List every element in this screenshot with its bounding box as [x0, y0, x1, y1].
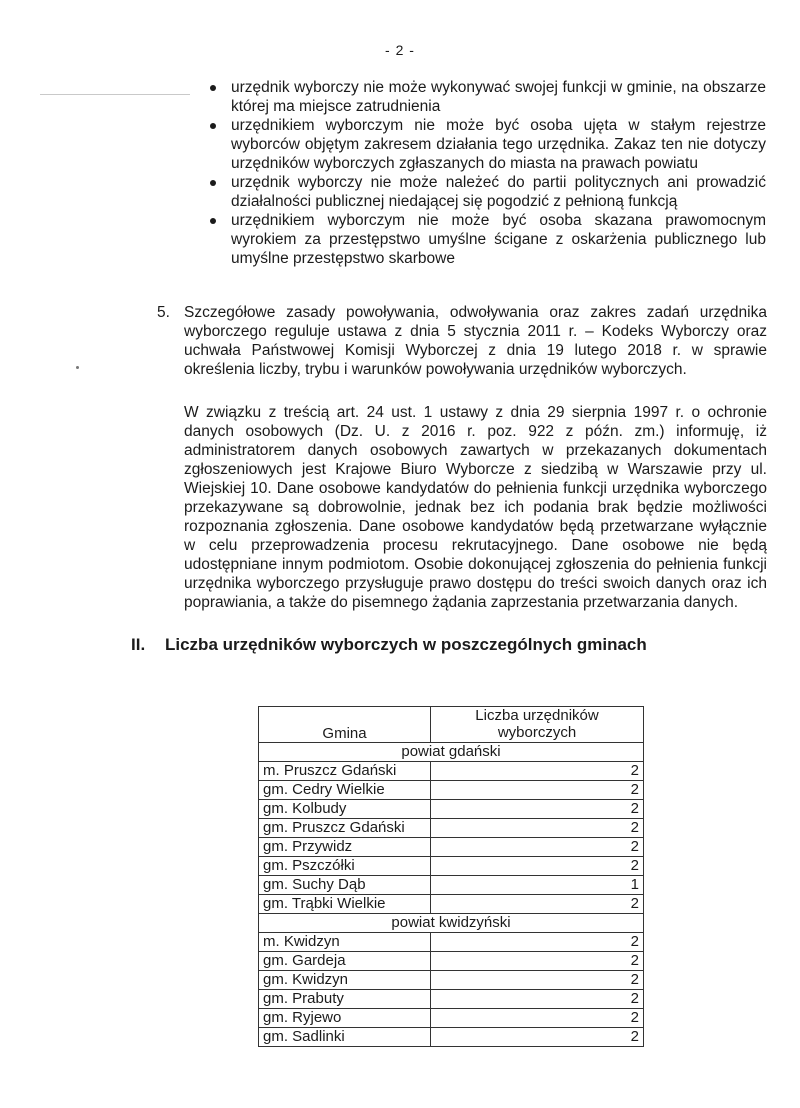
gmina-name: gm. Przywidz: [259, 838, 431, 857]
table-row: gm. Sadlinki2: [259, 1028, 644, 1047]
item-number: 5.: [157, 303, 170, 322]
officials-count: 2: [431, 857, 644, 876]
bullet-icon: [210, 123, 216, 129]
table-row: gm. Trąbki Wielkie2: [259, 895, 644, 914]
scan-artifact: [76, 366, 79, 369]
group-row: powiat gdański: [259, 743, 644, 762]
bullet-icon: [210, 85, 216, 91]
officials-table: Gmina Liczba urzędników wyborczych powia…: [258, 706, 644, 1047]
officials-count: 2: [431, 819, 644, 838]
list-item-text: urzędnik wyborczy nie może należeć do pa…: [231, 174, 766, 210]
gmina-name: gm. Pruszcz Gdański: [259, 819, 431, 838]
gmina-name: gm. Pszczółki: [259, 857, 431, 876]
column-header-gmina: Gmina: [259, 707, 431, 743]
table-row: gm. Pszczółki2: [259, 857, 644, 876]
table-row: gm. Ryjewo2: [259, 1009, 644, 1028]
column-header-count: Liczba urzędników wyborczych: [431, 707, 644, 743]
page-number: - 2 -: [0, 42, 800, 58]
section-heading: II.Liczba urzędników wyborczych w poszcz…: [131, 635, 647, 655]
gmina-name: gm. Suchy Dąb: [259, 876, 431, 895]
gmina-name: gm. Gardeja: [259, 952, 431, 971]
officials-count: 2: [431, 762, 644, 781]
table-row: gm. Kwidzyn2: [259, 971, 644, 990]
list-item: urzędnik wyborczy nie może wykonywać swo…: [206, 78, 766, 116]
requirements-list: urzędnik wyborczy nie może wykonywać swo…: [206, 78, 766, 268]
gmina-name: m. Pruszcz Gdański: [259, 762, 431, 781]
bullet-icon: [210, 218, 216, 224]
list-item-text: urzędnikiem wyborczym nie może być osoba…: [231, 117, 766, 172]
scan-artifact: [40, 94, 190, 95]
officials-count: 2: [431, 781, 644, 800]
officials-count: 1: [431, 876, 644, 895]
officials-count: 2: [431, 838, 644, 857]
gmina-name: gm. Cedry Wielkie: [259, 781, 431, 800]
data-protection-paragraph: W związku z treścią art. 24 ust. 1 ustaw…: [184, 403, 767, 612]
table-row: m. Kwidzyn2: [259, 933, 644, 952]
officials-count: 2: [431, 971, 644, 990]
officials-count: 2: [431, 800, 644, 819]
list-item: urzędnik wyborczy nie może należeć do pa…: [206, 173, 766, 211]
table-row: gm. Przywidz2: [259, 838, 644, 857]
gmina-name: gm. Kolbudy: [259, 800, 431, 819]
group-name: powiat gdański: [259, 743, 644, 762]
list-item: urzędnikiem wyborczym nie może być osoba…: [206, 116, 766, 173]
table-row: gm. Gardeja2: [259, 952, 644, 971]
table-row: m. Pruszcz Gdański2: [259, 762, 644, 781]
officials-count: 2: [431, 1028, 644, 1047]
gmina-name: gm. Trąbki Wielkie: [259, 895, 431, 914]
bullet-icon: [210, 180, 216, 186]
table-row: gm. Prabuty2: [259, 990, 644, 1009]
gmina-name: m. Kwidzyn: [259, 933, 431, 952]
officials-count: 2: [431, 895, 644, 914]
group-row: powiat kwidzyński: [259, 914, 644, 933]
officials-count: 2: [431, 933, 644, 952]
list-item-text: urzędnik wyborczy nie może wykonywać swo…: [231, 79, 766, 115]
list-item-text: urzędnikiem wyborczym nie może być osoba…: [231, 212, 766, 267]
gmina-name: gm. Prabuty: [259, 990, 431, 1009]
officials-count: 2: [431, 1009, 644, 1028]
gmina-name: gm. Kwidzyn: [259, 971, 431, 990]
item-text: Szczegółowe zasady powoływania, odwoływa…: [184, 303, 767, 379]
section-number: II.: [131, 635, 165, 655]
section-title: Liczba urzędników wyborczych w poszczegó…: [165, 635, 647, 654]
officials-count: 2: [431, 990, 644, 1009]
gmina-name: gm. Sadlinki: [259, 1028, 431, 1047]
list-item: urzędnikiem wyborczym nie może być osoba…: [206, 211, 766, 268]
table-row: gm. Suchy Dąb1: [259, 876, 644, 895]
table-row: gm. Kolbudy2: [259, 800, 644, 819]
table-row: gm. Pruszcz Gdański2: [259, 819, 644, 838]
table-row: gm. Cedry Wielkie2: [259, 781, 644, 800]
numbered-item-5: 5. Szczegółowe zasady powoływania, odwoł…: [157, 303, 767, 379]
officials-count: 2: [431, 952, 644, 971]
gmina-name: gm. Ryjewo: [259, 1009, 431, 1028]
group-name: powiat kwidzyński: [259, 914, 644, 933]
